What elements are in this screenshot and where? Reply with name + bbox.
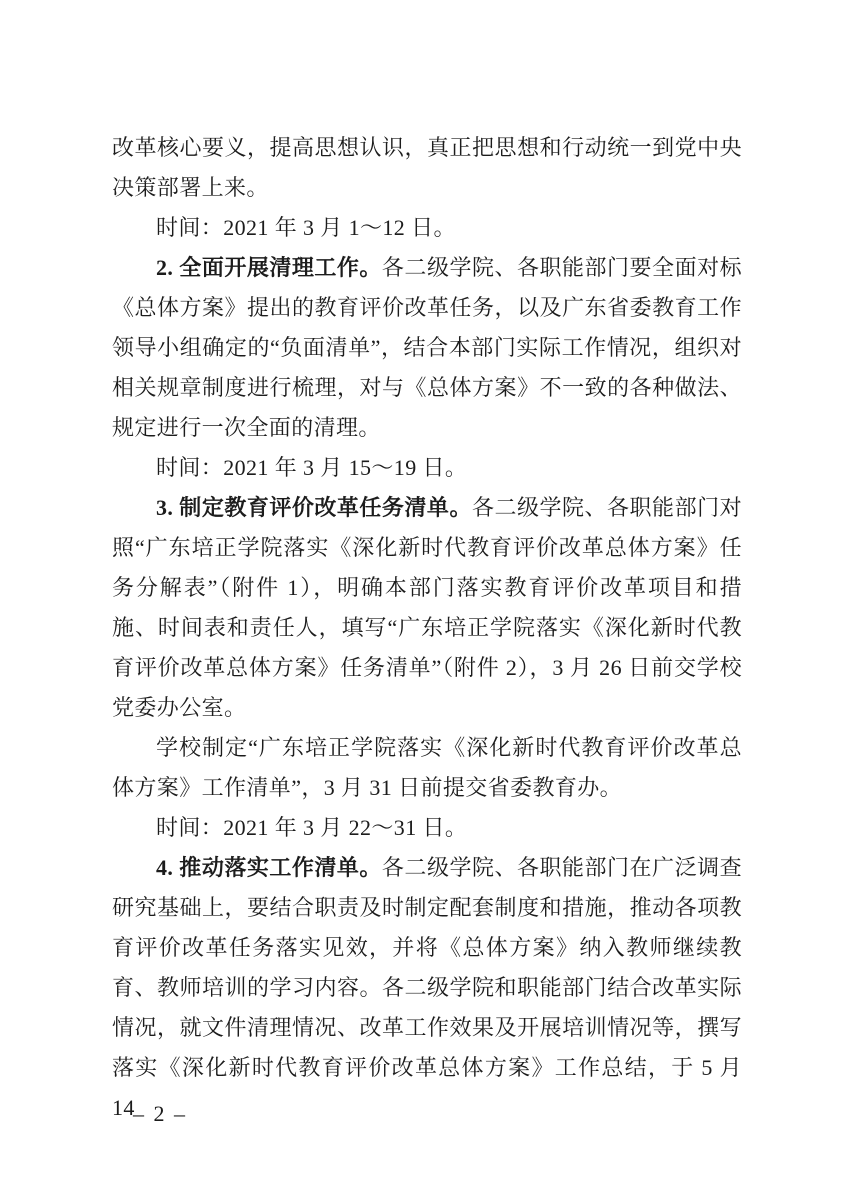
paragraph-text: 各二级学院、各职能部门要全面对标《总体方案》提出的教育评价改革任务，以及广东省委… bbox=[112, 255, 742, 440]
paragraph-lead: 3. 制定教育评价改革任务清单。 bbox=[156, 495, 472, 520]
paragraph-text: 各二级学院、各职能部门在广泛调查研究基础上，要结合职责及时制定配套制度和措施，推… bbox=[112, 855, 742, 1120]
paragraph-time: 时间：2021 年 3 月 15～19 日。 bbox=[112, 448, 742, 488]
paragraph-text: 时间：2021 年 3 月 22～31 日。 bbox=[156, 815, 467, 840]
document-body: 改革核心要义，提高思想认识，真正把思想和行动统一到党中央决策部署上来。 时间：2… bbox=[112, 128, 742, 1128]
paragraph-time: 时间：2021 年 3 月 1～12 日。 bbox=[112, 208, 742, 248]
paragraph-text: 时间：2021 年 3 月 15～19 日。 bbox=[156, 455, 467, 480]
paragraph-item-4: 4. 推动落实工作清单。各二级学院、各职能部门在广泛调查研究基础上，要结合职责及… bbox=[112, 848, 742, 1128]
page-number: – 2 – bbox=[133, 1101, 187, 1127]
paragraph-lead: 4. 推动落实工作清单。 bbox=[156, 855, 382, 880]
paragraph: 学校制定“广东培正学院落实《深化新时代教育评价改革总体方案》工作清单”，3 月 … bbox=[112, 728, 742, 808]
paragraph-time: 时间：2021 年 3 月 22～31 日。 bbox=[112, 808, 742, 848]
paragraph-text: 各二级学院、各职能部门对照“广东培正学院落实《深化新时代教育评价改革总体方案》任… bbox=[112, 495, 742, 720]
paragraph: 改革核心要义，提高思想认识，真正把思想和行动统一到党中央决策部署上来。 bbox=[112, 128, 742, 208]
paragraph-lead: 2. 全面开展清理工作。 bbox=[156, 255, 382, 280]
paragraph-text: 改革核心要义，提高思想认识，真正把思想和行动统一到党中央决策部署上来。 bbox=[112, 135, 742, 200]
document-page: 改革核心要义，提高思想认识，真正把思想和行动统一到党中央决策部署上来。 时间：2… bbox=[0, 0, 848, 1200]
paragraph-text: 时间：2021 年 3 月 1～12 日。 bbox=[156, 215, 456, 240]
paragraph-text: 学校制定“广东培正学院落实《深化新时代教育评价改革总体方案》工作清单”，3 月 … bbox=[112, 735, 742, 800]
paragraph-item-3: 3. 制定教育评价改革任务清单。各二级学院、各职能部门对照“广东培正学院落实《深… bbox=[112, 488, 742, 728]
paragraph-item-2: 2. 全面开展清理工作。各二级学院、各职能部门要全面对标《总体方案》提出的教育评… bbox=[112, 248, 742, 448]
